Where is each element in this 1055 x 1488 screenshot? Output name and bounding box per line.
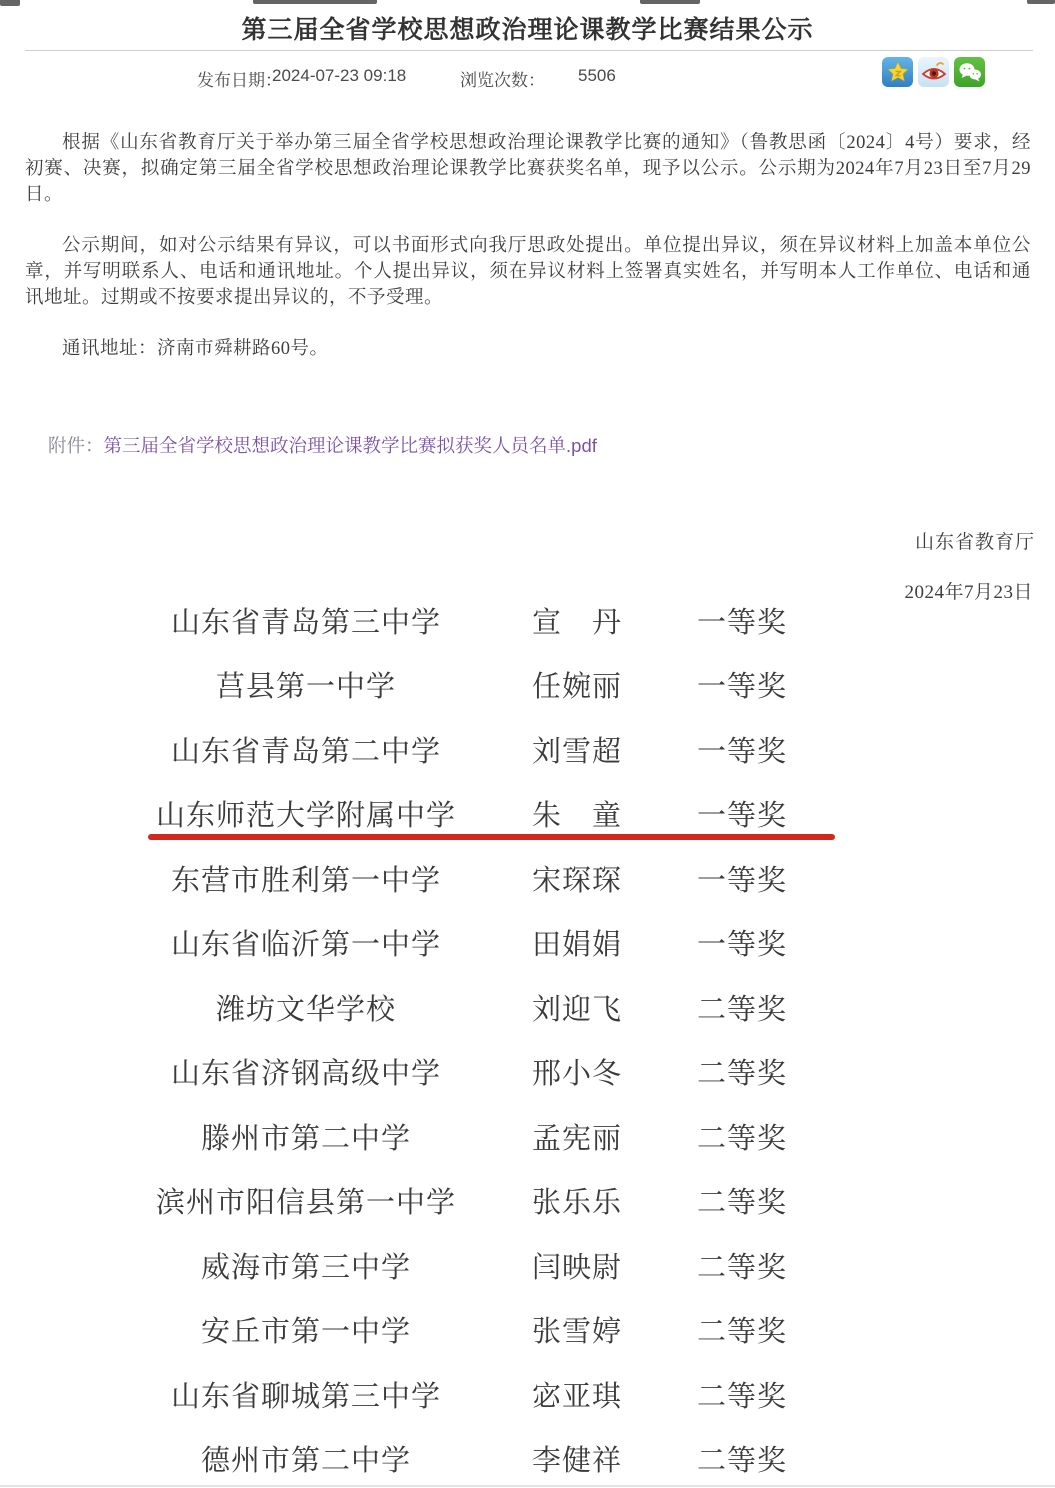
- award-level: 二等奖: [652, 1116, 832, 1157]
- award-level: 二等奖: [652, 1309, 832, 1350]
- attachment-label: 附件：: [48, 437, 104, 457]
- award-row: 德州市第二中学 李健祥 二等奖: [110, 1427, 832, 1488]
- views-count: 5506: [578, 66, 616, 86]
- award-level: 二等奖: [652, 1051, 832, 1092]
- award-level: 二等奖: [652, 1245, 832, 1286]
- qzone-share-icon[interactable]: [882, 57, 913, 87]
- share-toolbar: [882, 57, 985, 87]
- school-name: 山东省济钢高级中学: [110, 1051, 502, 1092]
- publish-date-label: 发布日期：: [197, 66, 282, 91]
- award-level: 二等奖: [652, 987, 832, 1028]
- award-level: 一等奖: [652, 858, 832, 899]
- crop-artifact: [0, 1485, 1055, 1487]
- chat-bubbles-icon: [957, 60, 983, 84]
- award-level: 二等奖: [652, 1180, 832, 1221]
- school-name: 山东省聊城第三中学: [110, 1374, 502, 1415]
- awardee-name: 刘迎飞: [502, 987, 652, 1028]
- announcement-body: 根据《山东省教育厅关于举办第三届全省学校思想政治理论课教学比赛的通知》（鲁教思函…: [25, 130, 1031, 387]
- school-name: 滕州市第二中学: [110, 1116, 502, 1157]
- signature-organization: 山东省教育厅: [915, 527, 1035, 554]
- award-row: 滨州市阳信县第一中学 张乐乐 二等奖: [110, 1169, 832, 1234]
- star-icon: [886, 60, 910, 84]
- award-level: 一等奖: [652, 664, 832, 705]
- awardee-name: 宓亚琪: [502, 1374, 652, 1415]
- awardee-name: 朱 童: [502, 793, 652, 834]
- award-level: 一等奖: [652, 729, 832, 770]
- announcement-page: 第三届全省学校思想政治理论课教学比赛结果公示 发布日期： 2024-07-23 …: [0, 0, 1055, 1488]
- attachment-pdf-link[interactable]: 第三届全省学校思想政治理论课教学比赛拟获奖人员名单.pdf: [104, 435, 597, 456]
- award-row: 山东省聊城第三中学 宓亚琪 二等奖: [110, 1362, 832, 1427]
- awardee-name: 宣 丹: [502, 600, 652, 641]
- red-highlight-underline: [148, 834, 835, 840]
- attachment-row: 附件：第三届全省学校思想政治理论课教学比赛拟获奖人员名单.pdf: [48, 432, 597, 458]
- page-title: 第三届全省学校思想政治理论课教学比赛结果公示: [0, 10, 1055, 46]
- crop-artifact: [0, 0, 20, 6]
- school-name: 潍坊文华学校: [110, 987, 502, 1028]
- awardee-name: 田娟娟: [502, 922, 652, 963]
- school-name: 滨州市阳信县第一中学: [110, 1180, 502, 1221]
- award-row: 潍坊文华学校 刘迎飞 二等奖: [110, 975, 832, 1040]
- award-level: 一等奖: [652, 600, 832, 641]
- award-level: 二等奖: [652, 1438, 832, 1479]
- crop-artifact: [253, 0, 377, 4]
- title-divider: [25, 50, 1033, 51]
- award-level: 一等奖: [652, 793, 832, 834]
- crop-artifact: [1027, 0, 1055, 4]
- award-level: 一等奖: [652, 922, 832, 963]
- awardee-name: 任婉丽: [502, 664, 652, 705]
- school-name: 德州市第二中学: [110, 1438, 502, 1479]
- school-name: 山东省青岛第二中学: [110, 729, 502, 770]
- school-name: 安丘市第一中学: [110, 1309, 502, 1350]
- award-row: 安丘市第一中学 张雪婷 二等奖: [110, 1298, 832, 1363]
- signature-date: 2024年7月23日: [904, 577, 1033, 604]
- views-label: 浏览次数：: [460, 66, 545, 91]
- weibo-share-icon[interactable]: [918, 57, 949, 87]
- eye-icon: [921, 60, 947, 84]
- awardee-name: 刘雪超: [502, 729, 652, 770]
- publish-date-value: 2024-07-23 09:18: [272, 66, 406, 86]
- school-name: 山东省临沂第一中学: [110, 922, 502, 963]
- awardee-name: 闫映尉: [502, 1245, 652, 1286]
- awardee-name: 宋琛琛: [502, 858, 652, 899]
- body-paragraph: 通讯地址：济南市舜耕路60号。: [25, 336, 1031, 362]
- awardee-name: 李健祥: [502, 1438, 652, 1479]
- awardee-name: 张雪婷: [502, 1309, 652, 1350]
- award-row: 威海市第三中学 闫映尉 二等奖: [110, 1233, 832, 1298]
- wechat-share-icon[interactable]: [954, 57, 985, 87]
- school-name: 威海市第三中学: [110, 1245, 502, 1286]
- award-row: 山东省青岛第三中学 宣 丹 一等奖: [110, 588, 832, 653]
- award-row: 莒县第一中学 任婉丽 一等奖: [110, 653, 832, 718]
- awardee-name: 张乐乐: [502, 1180, 652, 1221]
- awardee-name: 孟宪丽: [502, 1116, 652, 1157]
- award-row: 山东省济钢高级中学 邢小冬 二等奖: [110, 1040, 832, 1105]
- crop-artifact: [640, 0, 700, 4]
- school-name: 山东省青岛第三中学: [110, 600, 502, 641]
- school-name: 东营市胜利第一中学: [110, 858, 502, 899]
- school-name: 莒县第一中学: [110, 664, 502, 705]
- body-paragraph: 根据《山东省教育厅关于举办第三届全省学校思想政治理论课教学比赛的通知》（鲁教思函…: [25, 130, 1031, 208]
- award-row: 滕州市第二中学 孟宪丽 二等奖: [110, 1104, 832, 1169]
- award-row: 山东省青岛第二中学 刘雪超 一等奖: [110, 717, 832, 782]
- award-list: 山东省青岛第三中学 宣 丹 一等奖 莒县第一中学 任婉丽 一等奖 山东省青岛第二…: [110, 588, 832, 1488]
- body-paragraph: 公示期间，如对公示结果有异议，可以书面形式向我厅思政处提出。单位提出异议，须在异…: [25, 233, 1031, 311]
- award-row: 山东省临沂第一中学 田娟娟 一等奖: [110, 911, 832, 976]
- award-level: 二等奖: [652, 1374, 832, 1415]
- awardee-name: 邢小冬: [502, 1051, 652, 1092]
- school-name: 山东师范大学附属中学: [110, 793, 502, 834]
- award-row: 东营市胜利第一中学 宋琛琛 一等奖: [110, 846, 832, 911]
